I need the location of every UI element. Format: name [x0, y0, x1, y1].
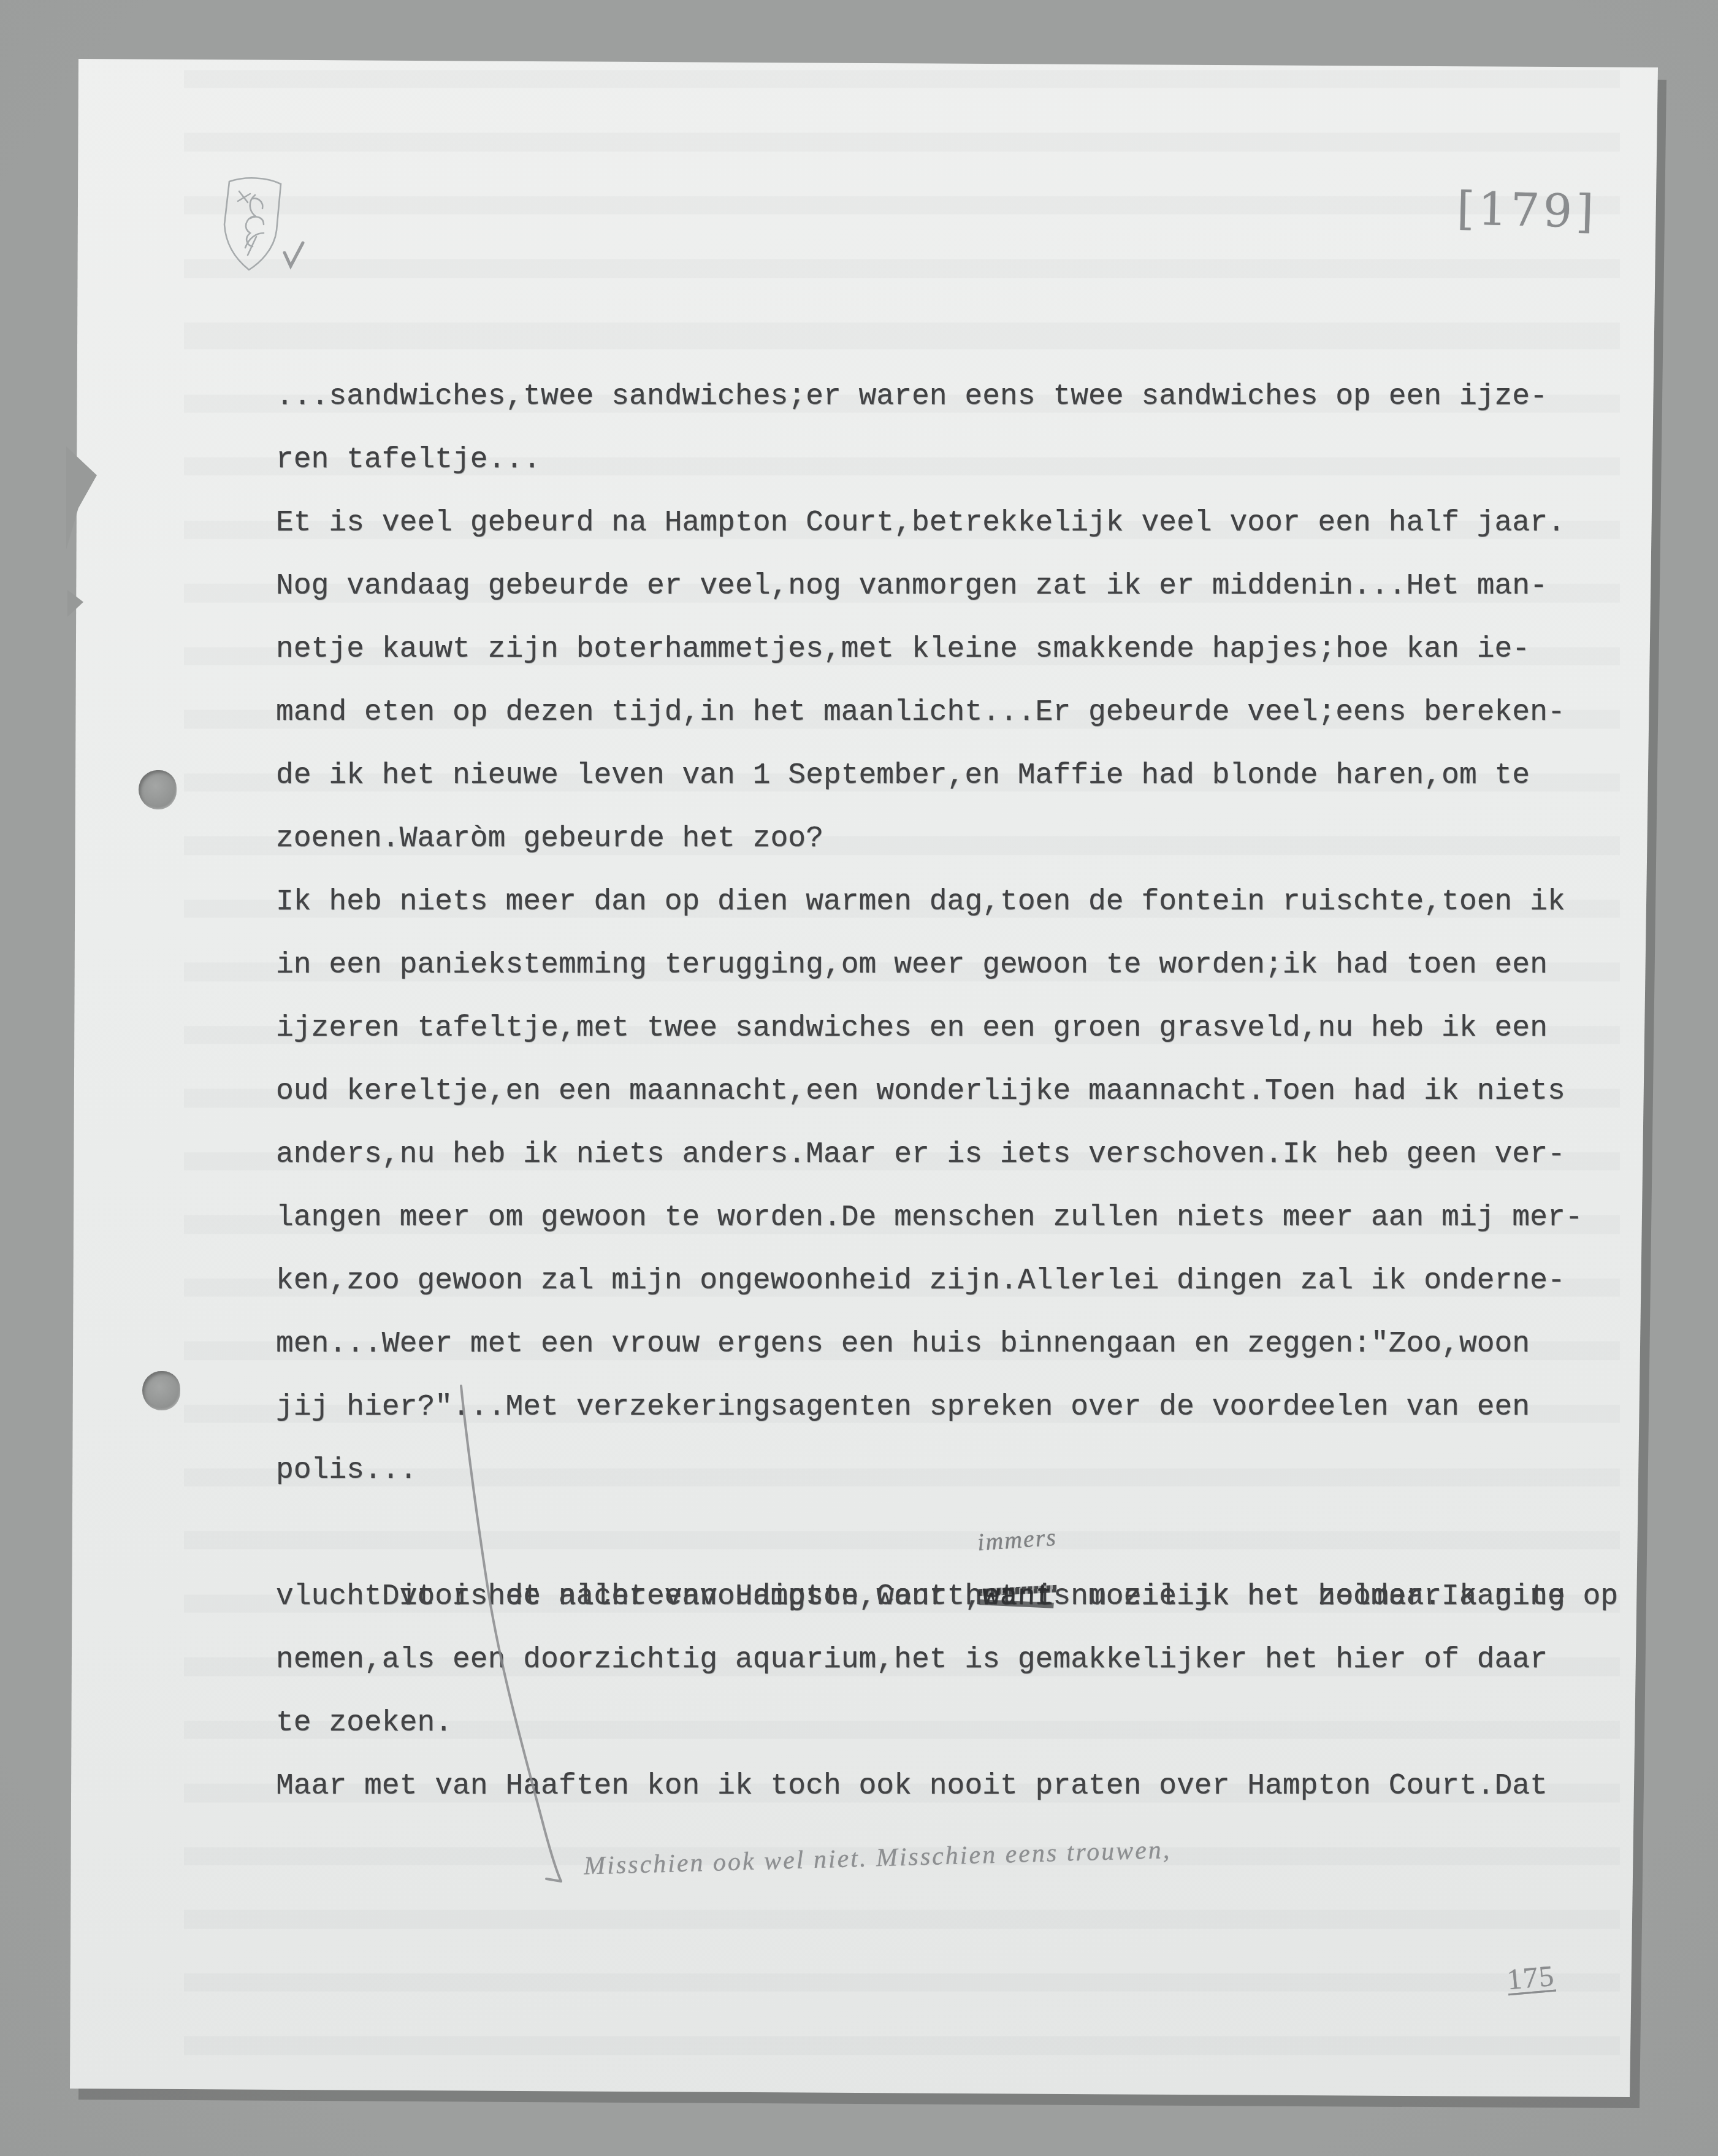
punch-hole: [142, 1371, 180, 1410]
typed-line: netje kauwt zijn boterhammetjes,met klei…: [276, 618, 1637, 681]
typed-line: vlucht voor het allereenvoudigste,want h…: [276, 1565, 1637, 1629]
typed-line: de ik het nieuwe leven van 1 September,e…: [276, 744, 1637, 808]
typed-line: Nog vandaag gebeurde er veel,nog vanmorg…: [276, 555, 1637, 618]
typed-line: langen meer om gewoon te worden.De mensc…: [276, 1187, 1637, 1250]
typed-line-segment: Dit is de nacht van Hampton Court,: [382, 1580, 982, 1613]
typed-line: polis...: [276, 1439, 1637, 1502]
typed-line: Ik heb niets meer dan op dien warmen dag…: [276, 871, 1637, 934]
typed-line: Et is veel gebeurd na Hampton Court,betr…: [276, 492, 1637, 555]
typed-line: men...Weer met een vrouw ergens een huis…: [276, 1313, 1637, 1376]
typed-line: oud kereltje,en een maannacht,een wonder…: [276, 1060, 1637, 1123]
typed-text-block: ...sandwiches,twee sandwiches;er waren e…: [276, 365, 1637, 1818]
punch-hole: [139, 770, 177, 809]
typed-line: ken,zoo gewoon zal mijn ongewoonheid zij…: [276, 1250, 1637, 1313]
typed-line: ijzeren tafeltje,met twee sandwiches en …: [276, 997, 1637, 1060]
typed-line: jij hier?"...Met verzekeringsagenten spr…: [276, 1376, 1637, 1439]
typed-line-with-correction: Dit is de nacht van Hampton Court,wantim…: [276, 1502, 1637, 1565]
typed-line: mand eten op dezen tijd,in het maanlicht…: [276, 681, 1637, 744]
typed-line: ...sandwiches,twee sandwiches;er waren e…: [276, 365, 1637, 429]
typed-line: anders,nu heb ik niets anders.Maar er is…: [276, 1123, 1637, 1187]
typescript-sheet: [179] ...sandwiches,twee sandwiches;er w…: [0, 0, 1718, 2156]
page-number-bottom-pencil: 175: [1506, 1959, 1556, 1997]
typed-line: Maar met van Haaften kon ik toch ook noo…: [276, 1755, 1637, 1818]
typed-line: te zoeken.: [276, 1692, 1637, 1755]
typed-line: ren tafeltje...: [276, 429, 1637, 492]
pencil-stroke-mark: [429, 1349, 644, 1932]
typed-line: nemen,als een doorzichtig aquarium,het i…: [276, 1629, 1637, 1692]
typed-line-segment: nu zie ik het helder.Ik ging op de: [1053, 1580, 1671, 1613]
handwritten-pencil-note: Misschien ook wel niet. Misschien eens t…: [584, 1830, 1357, 1881]
page-number-pencil: [179]: [1456, 182, 1598, 239]
scanned-typescript-page: { "typed": { "lines": [ "...sandwiches,t…: [0, 0, 1718, 2156]
typed-line: zoenen.Waaròm gebeurde het zoo?: [276, 808, 1637, 871]
pencil-inserted-word: immers: [977, 1525, 1058, 1555]
correction-group: wantimmers: [982, 1565, 1053, 1629]
heraldic-shield-stamp-icon: [213, 173, 318, 283]
typed-line: in een paniekstemming terugging,om weer …: [276, 934, 1637, 997]
struck-word: want: [981, 1565, 1054, 1629]
